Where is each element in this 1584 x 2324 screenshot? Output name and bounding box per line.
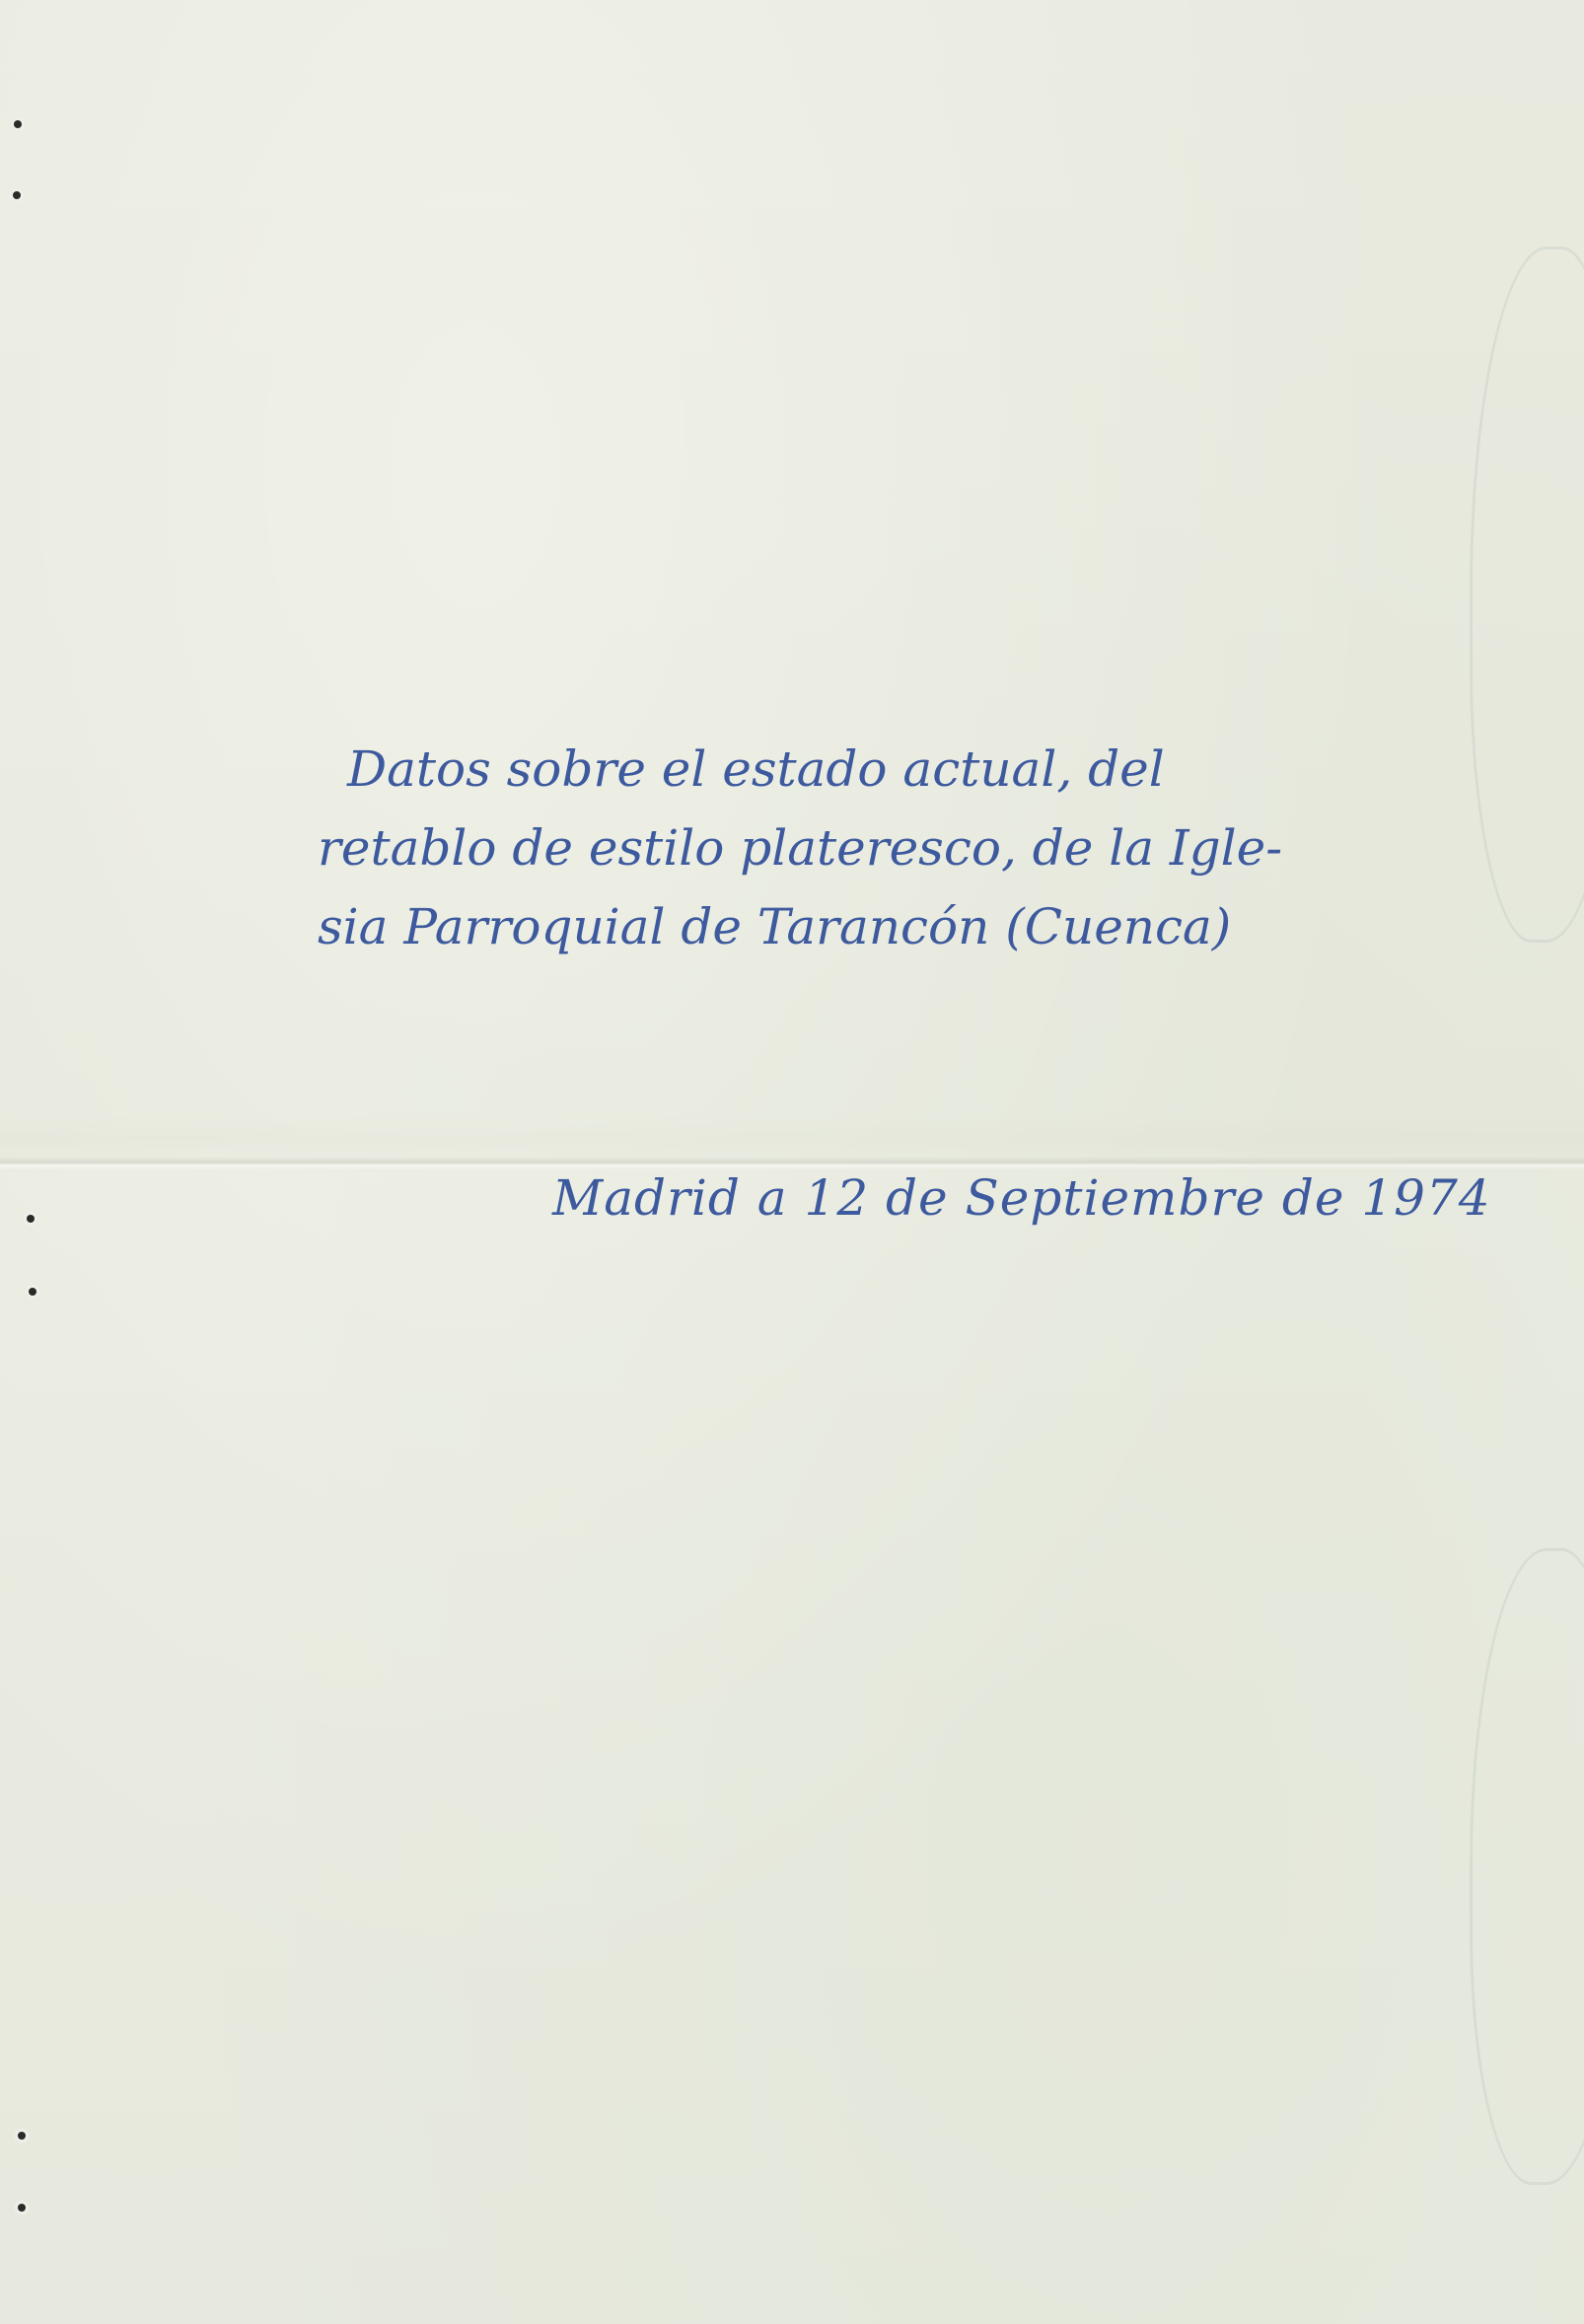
punch-hole-icon — [18, 2132, 26, 2140]
dateline: Madrid a 12 de Septiembre de 1974 — [552, 1159, 1491, 1237]
punch-hole-icon — [27, 1215, 35, 1223]
watermark-top — [1470, 246, 1584, 943]
punch-hole-icon — [13, 191, 21, 199]
title-line: retablo de estilo plateresco, de la Igle… — [318, 809, 1472, 887]
document-title: Datos sobre el estado actual, del retabl… — [318, 730, 1472, 966]
watermark-bottom — [1470, 1548, 1584, 2185]
punch-hole-icon — [29, 1288, 36, 1296]
title-line: sia Parroquial de Tarancón (Cuenca) — [318, 887, 1472, 966]
paper-sheet: Datos sobre el estado actual, del retabl… — [0, 0, 1584, 2324]
punch-hole-icon — [14, 120, 22, 128]
title-line: Datos sobre el estado actual, del — [318, 730, 1472, 809]
punch-hole-icon — [18, 2204, 26, 2212]
